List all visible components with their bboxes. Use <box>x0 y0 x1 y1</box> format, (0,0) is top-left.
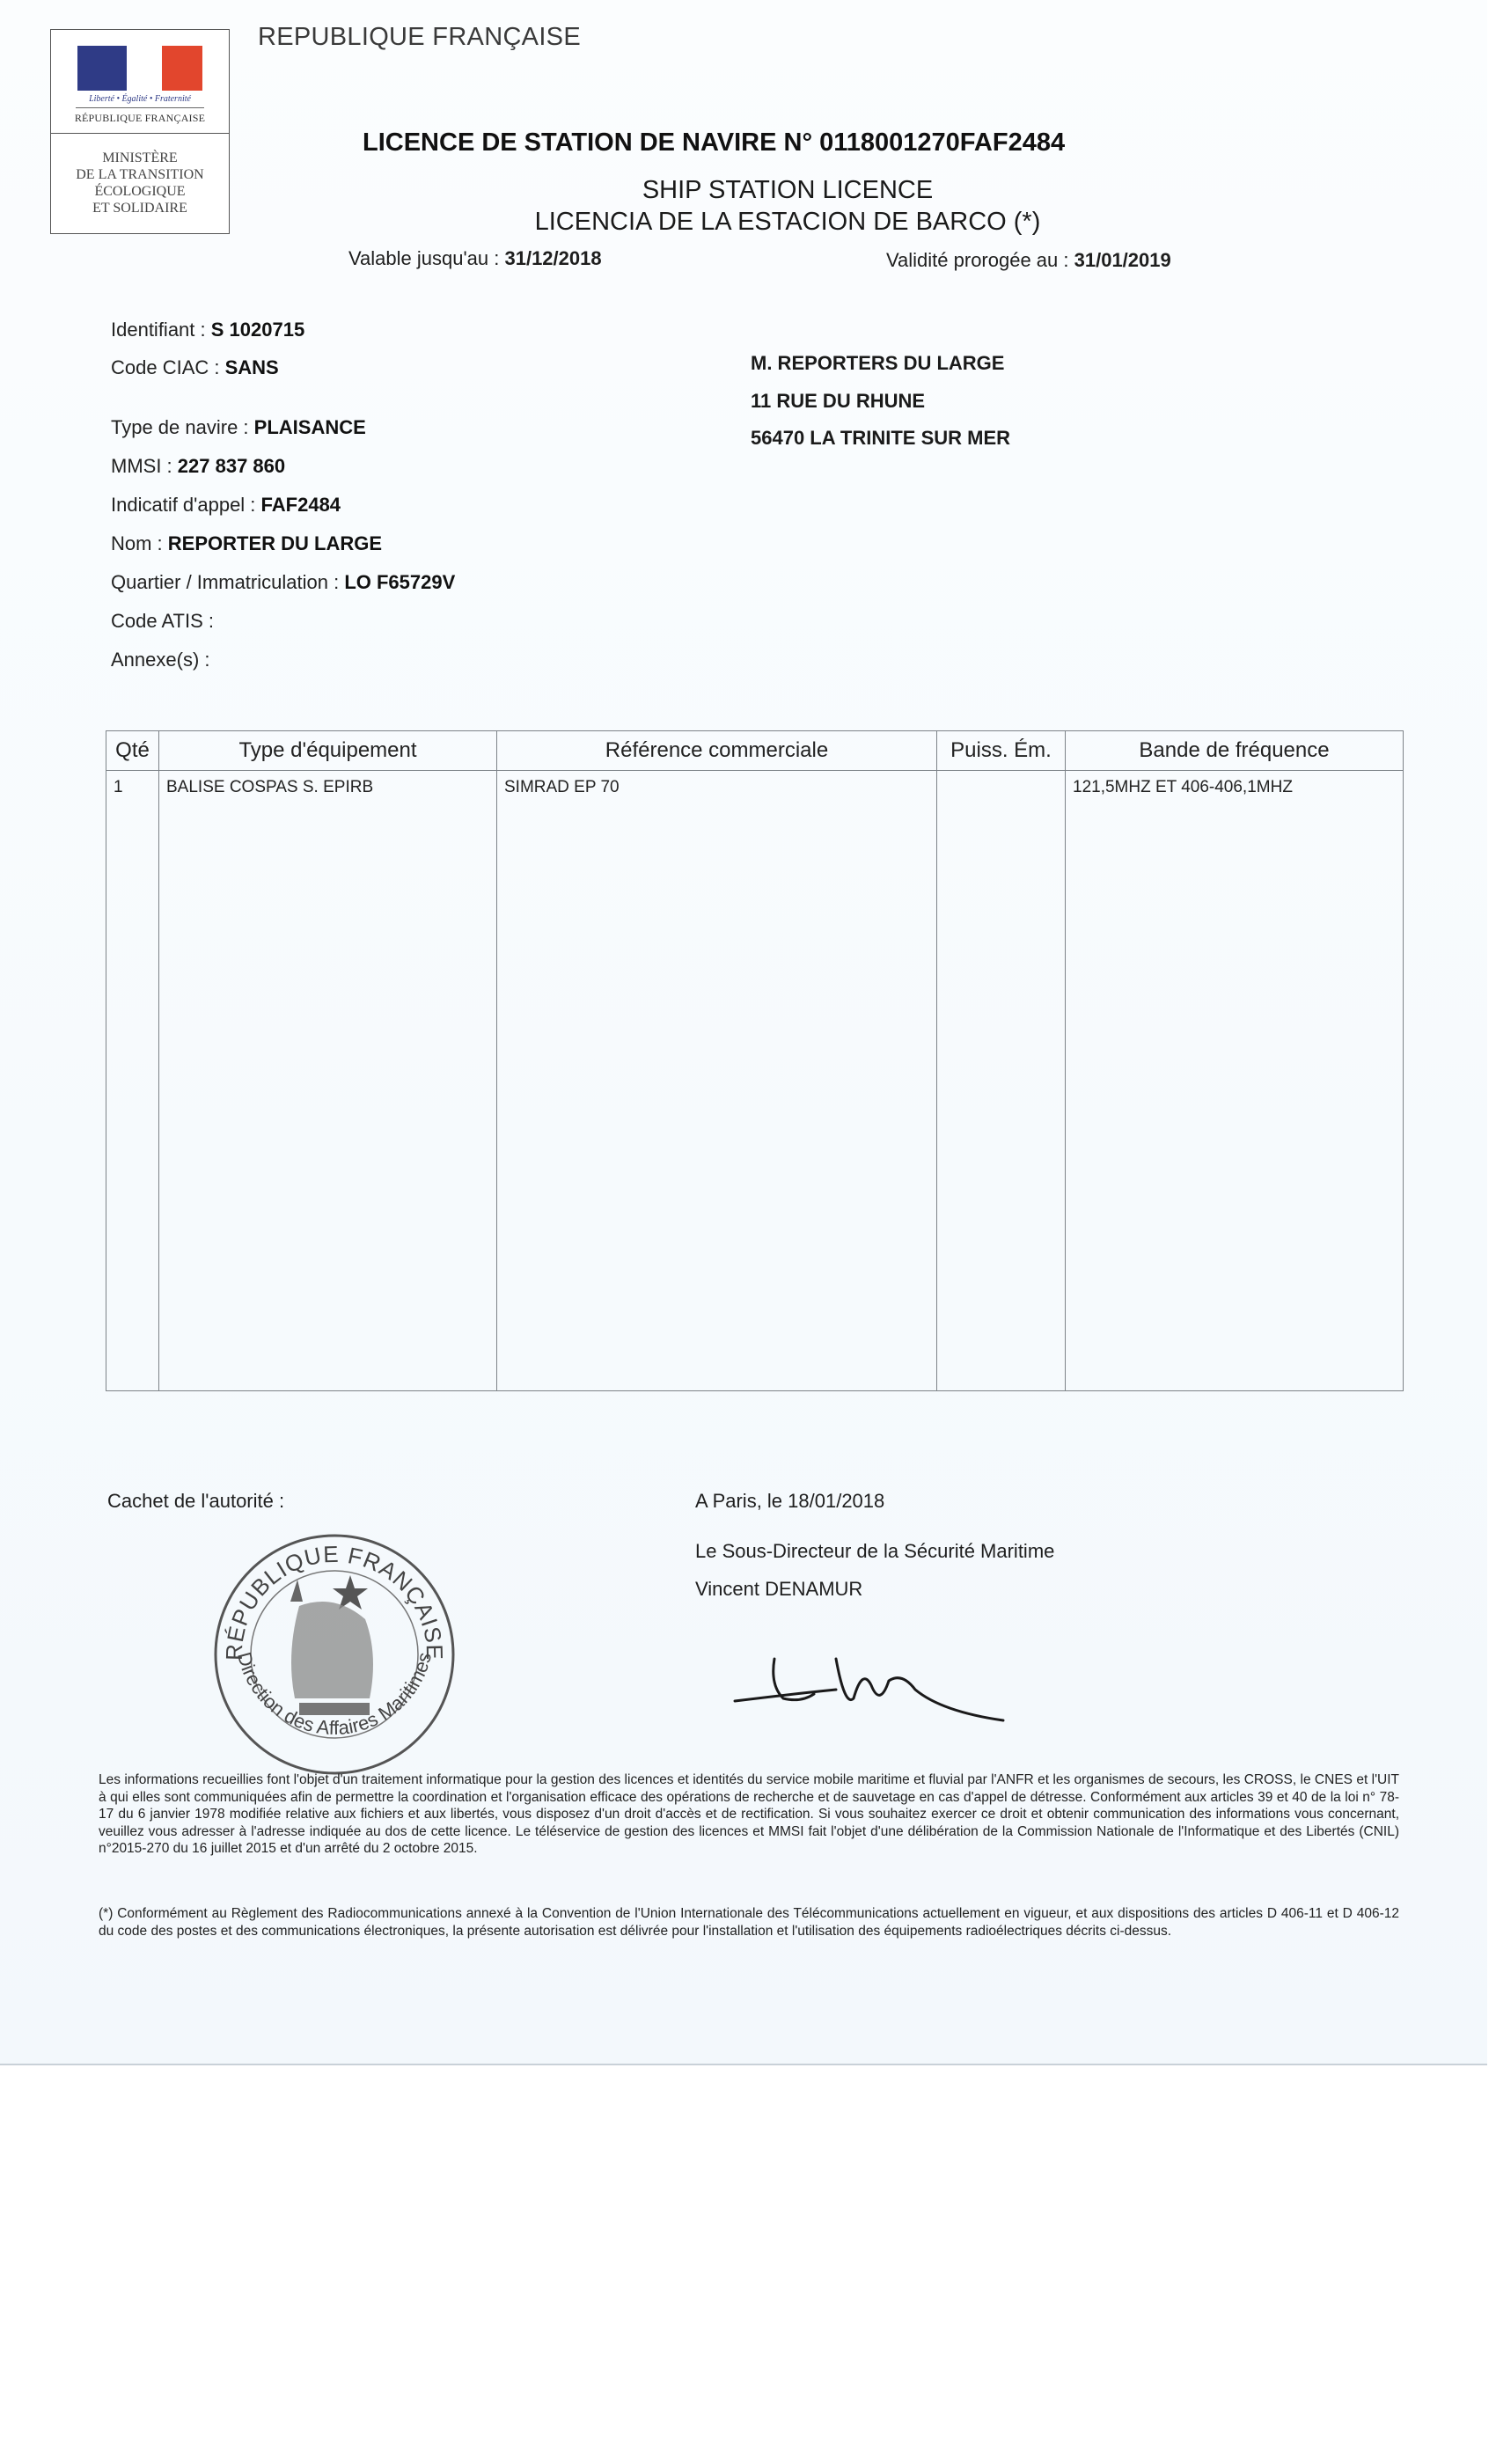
cell-power <box>937 771 1066 1391</box>
address-line-3: 56470 LA TRINITE SUR MER <box>751 427 1010 450</box>
cell-frequency: 121,5MHZ ET 406-406,1MHZ <box>1066 771 1404 1391</box>
address-line-2: 11 RUE DU RHUNE <box>751 390 925 413</box>
validity-extended: Validité prorogée au : 31/01/2019 <box>886 249 1171 272</box>
marianne-flag-icon <box>77 46 202 91</box>
column-header-frequency: Bande de fréquence <box>1066 731 1404 771</box>
field-identifiant: Identifiant : S 1020715 <box>111 319 304 341</box>
licence-document: Liberté • Égalité • Fraternité RÉPUBLIQU… <box>0 0 1487 2065</box>
field-code-ciac: Code CIAC : SANS <box>111 356 279 379</box>
cell-type: BALISE COSPAS S. EPIRB <box>159 771 497 1391</box>
signer-name: Vincent DENAMUR <box>695 1578 862 1601</box>
column-header-reference: Référence commerciale <box>497 731 937 771</box>
cell-reference: SIMRAD EP 70 <box>497 771 937 1391</box>
table-header-row: Qté Type d'équipement Référence commerci… <box>106 731 1404 771</box>
privacy-notice: Les informations recueillies font l'obje… <box>99 1771 1399 1858</box>
valid-until: Valable jusqu'au : 31/12/2018 <box>348 247 602 270</box>
licence-title: LICENCE DE STATION DE NAVIRE N° 01180012… <box>363 128 1065 158</box>
licence-title-spanish: LICENCIA DE LA ESTACION DE BARCO (*) <box>0 208 1496 237</box>
place-date: A Paris, le 18/01/2018 <box>695 1490 884 1513</box>
equipment-table: Qté Type d'équipement Référence commerci… <box>106 730 1404 1391</box>
licence-title-english: SHIP STATION LICENCE <box>0 176 1496 205</box>
logo-republic-name: RÉPUBLIQUE FRANÇAISE <box>51 112 229 125</box>
signer-title: Le Sous-Directeur de la Sécurité Maritim… <box>695 1540 1054 1563</box>
column-header-type: Type d'équipement <box>159 731 497 771</box>
official-stamp-icon: RÉPUBLIQUE FRANÇAISE Direction des Affai… <box>202 1522 466 1778</box>
stamp-label: Cachet de l'autorité : <box>107 1490 284 1513</box>
republic-motto: Liberté • Égalité • Fraternité <box>51 94 229 104</box>
field-vessel-type: Type de navire : PLAISANCE <box>111 416 366 439</box>
table-row: 1 BALISE COSPAS S. EPIRB SIMRAD EP 70 12… <box>106 771 1404 1391</box>
address-line-1: M. REPORTERS DU LARGE <box>751 352 1004 375</box>
field-call-sign: Indicatif d'appel : FAF2484 <box>111 494 341 517</box>
column-header-power: Puiss. Ém. <box>937 731 1066 771</box>
field-annexes: Annexe(s) : <box>111 649 210 671</box>
field-vessel-name: Nom : REPORTER DU LARGE <box>111 532 382 555</box>
handwritten-signature-icon <box>713 1624 1065 1729</box>
field-code-atis: Code ATIS : <box>111 610 214 633</box>
field-registration: Quartier / Immatriculation : LO F65729V <box>111 571 455 594</box>
republic-heading: REPUBLIQUE FRANÇAISE <box>258 23 581 52</box>
field-mmsi: MMSI : 227 837 860 <box>111 455 285 478</box>
regulation-footnote: (*) Conformément au Règlement des Radioc… <box>99 1905 1399 1940</box>
cell-qty: 1 <box>106 771 159 1391</box>
column-header-qty: Qté <box>106 731 159 771</box>
